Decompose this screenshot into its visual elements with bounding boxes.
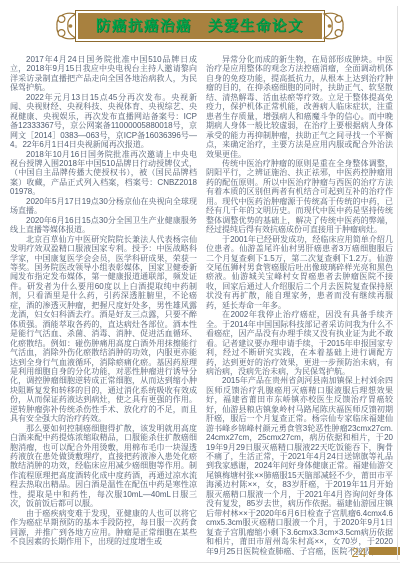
scan-edge-bottom bbox=[0, 562, 400, 563]
header-banner: 防癌抗癌治癌 关爱生命论文 bbox=[0, 9, 400, 43]
paragraph: 2022年元月13日15点45分再次发布。央视新闻、央视财经、央视科技、央视体育… bbox=[10, 93, 197, 150]
page-title: 防癌抗癌治癌 关爱生命论文 bbox=[96, 19, 304, 35]
right-column: 异常分化而成的新生物，在局部形成肿块。中医治疗是应用整体的观念方法控癌消瘤，全面… bbox=[206, 55, 393, 556]
paragraph: 2017年4月24日国务院批准中国510品牌日成立，2018年9月15日我应中央… bbox=[10, 55, 197, 93]
paragraph: 那么要如何控制癌细胞得扩散，该发明就用高度白酒来配中药提炼浓缩取精品，口服能杀住… bbox=[10, 424, 197, 509]
paragraph: 北京百草仙方中医研究院院长兼法人代表杨宗仙发明疗效双盈精口服液国家专利。授予：中… bbox=[10, 235, 197, 424]
left-column: 2017年4月24日国务院批准中国510品牌日成立，2018年9月15日我应中央… bbox=[10, 55, 197, 556]
banner-ornament-right-icon bbox=[321, 9, 346, 43]
scan-edge-right bbox=[397, 6, 398, 560]
paragraph: 于2001年已经研发成功，经临床应用简单介绍几位患者。仙游盖尾许仙村男肝癌患者3… bbox=[206, 235, 393, 311]
page-number-bar bbox=[369, 547, 400, 555]
paragraph: 在2002年我停止治疗癌症，因没有具备手续齐全。于2014年中国国际科技部记者采… bbox=[206, 310, 393, 376]
paragraph: 传统中医治疗肿瘤的原则是重在全身整体调整，阴阳平行，之辨证施治、扶正祛邪，中医药… bbox=[206, 159, 393, 235]
paragraph: 2020年5月17日19点30分杨京仙在央视向全球现场直播。 bbox=[10, 197, 197, 216]
article-body: 2017年4月24日国务院批准中国510品牌日成立，2018年9月15日我应中央… bbox=[10, 55, 393, 556]
paragraph: 2020年6月16日15点30分全国卫生产业健康服务线上直播等媒体报道。 bbox=[10, 216, 197, 235]
paragraph: 2015年产品在贵州省剑河县南加镇保上村刘余四医师反馈治疗乳腺癌用灭癌精口服液服… bbox=[206, 376, 393, 556]
paragraph: 2018年10月16日国务院批准再次邀请上中央电视台授牌入围2018年中国510… bbox=[10, 150, 197, 197]
banner-bar: 防癌抗癌治癌 关爱生命论文 bbox=[75, 10, 325, 42]
paragraph: 由于癌疾病变难于发现，亚健康的人也可以将它作为癌症早期预防的基本手段防控，每日服… bbox=[10, 509, 197, 547]
paragraph: 异常分化而成的新生物，在局部形成肿块。中医治疗是应用整体的观念方法控癌消瘤，全面… bbox=[206, 55, 393, 159]
banner: 防癌抗癌治癌 关爱生命论文 bbox=[54, 9, 346, 43]
page-number: 24 bbox=[352, 545, 367, 560]
